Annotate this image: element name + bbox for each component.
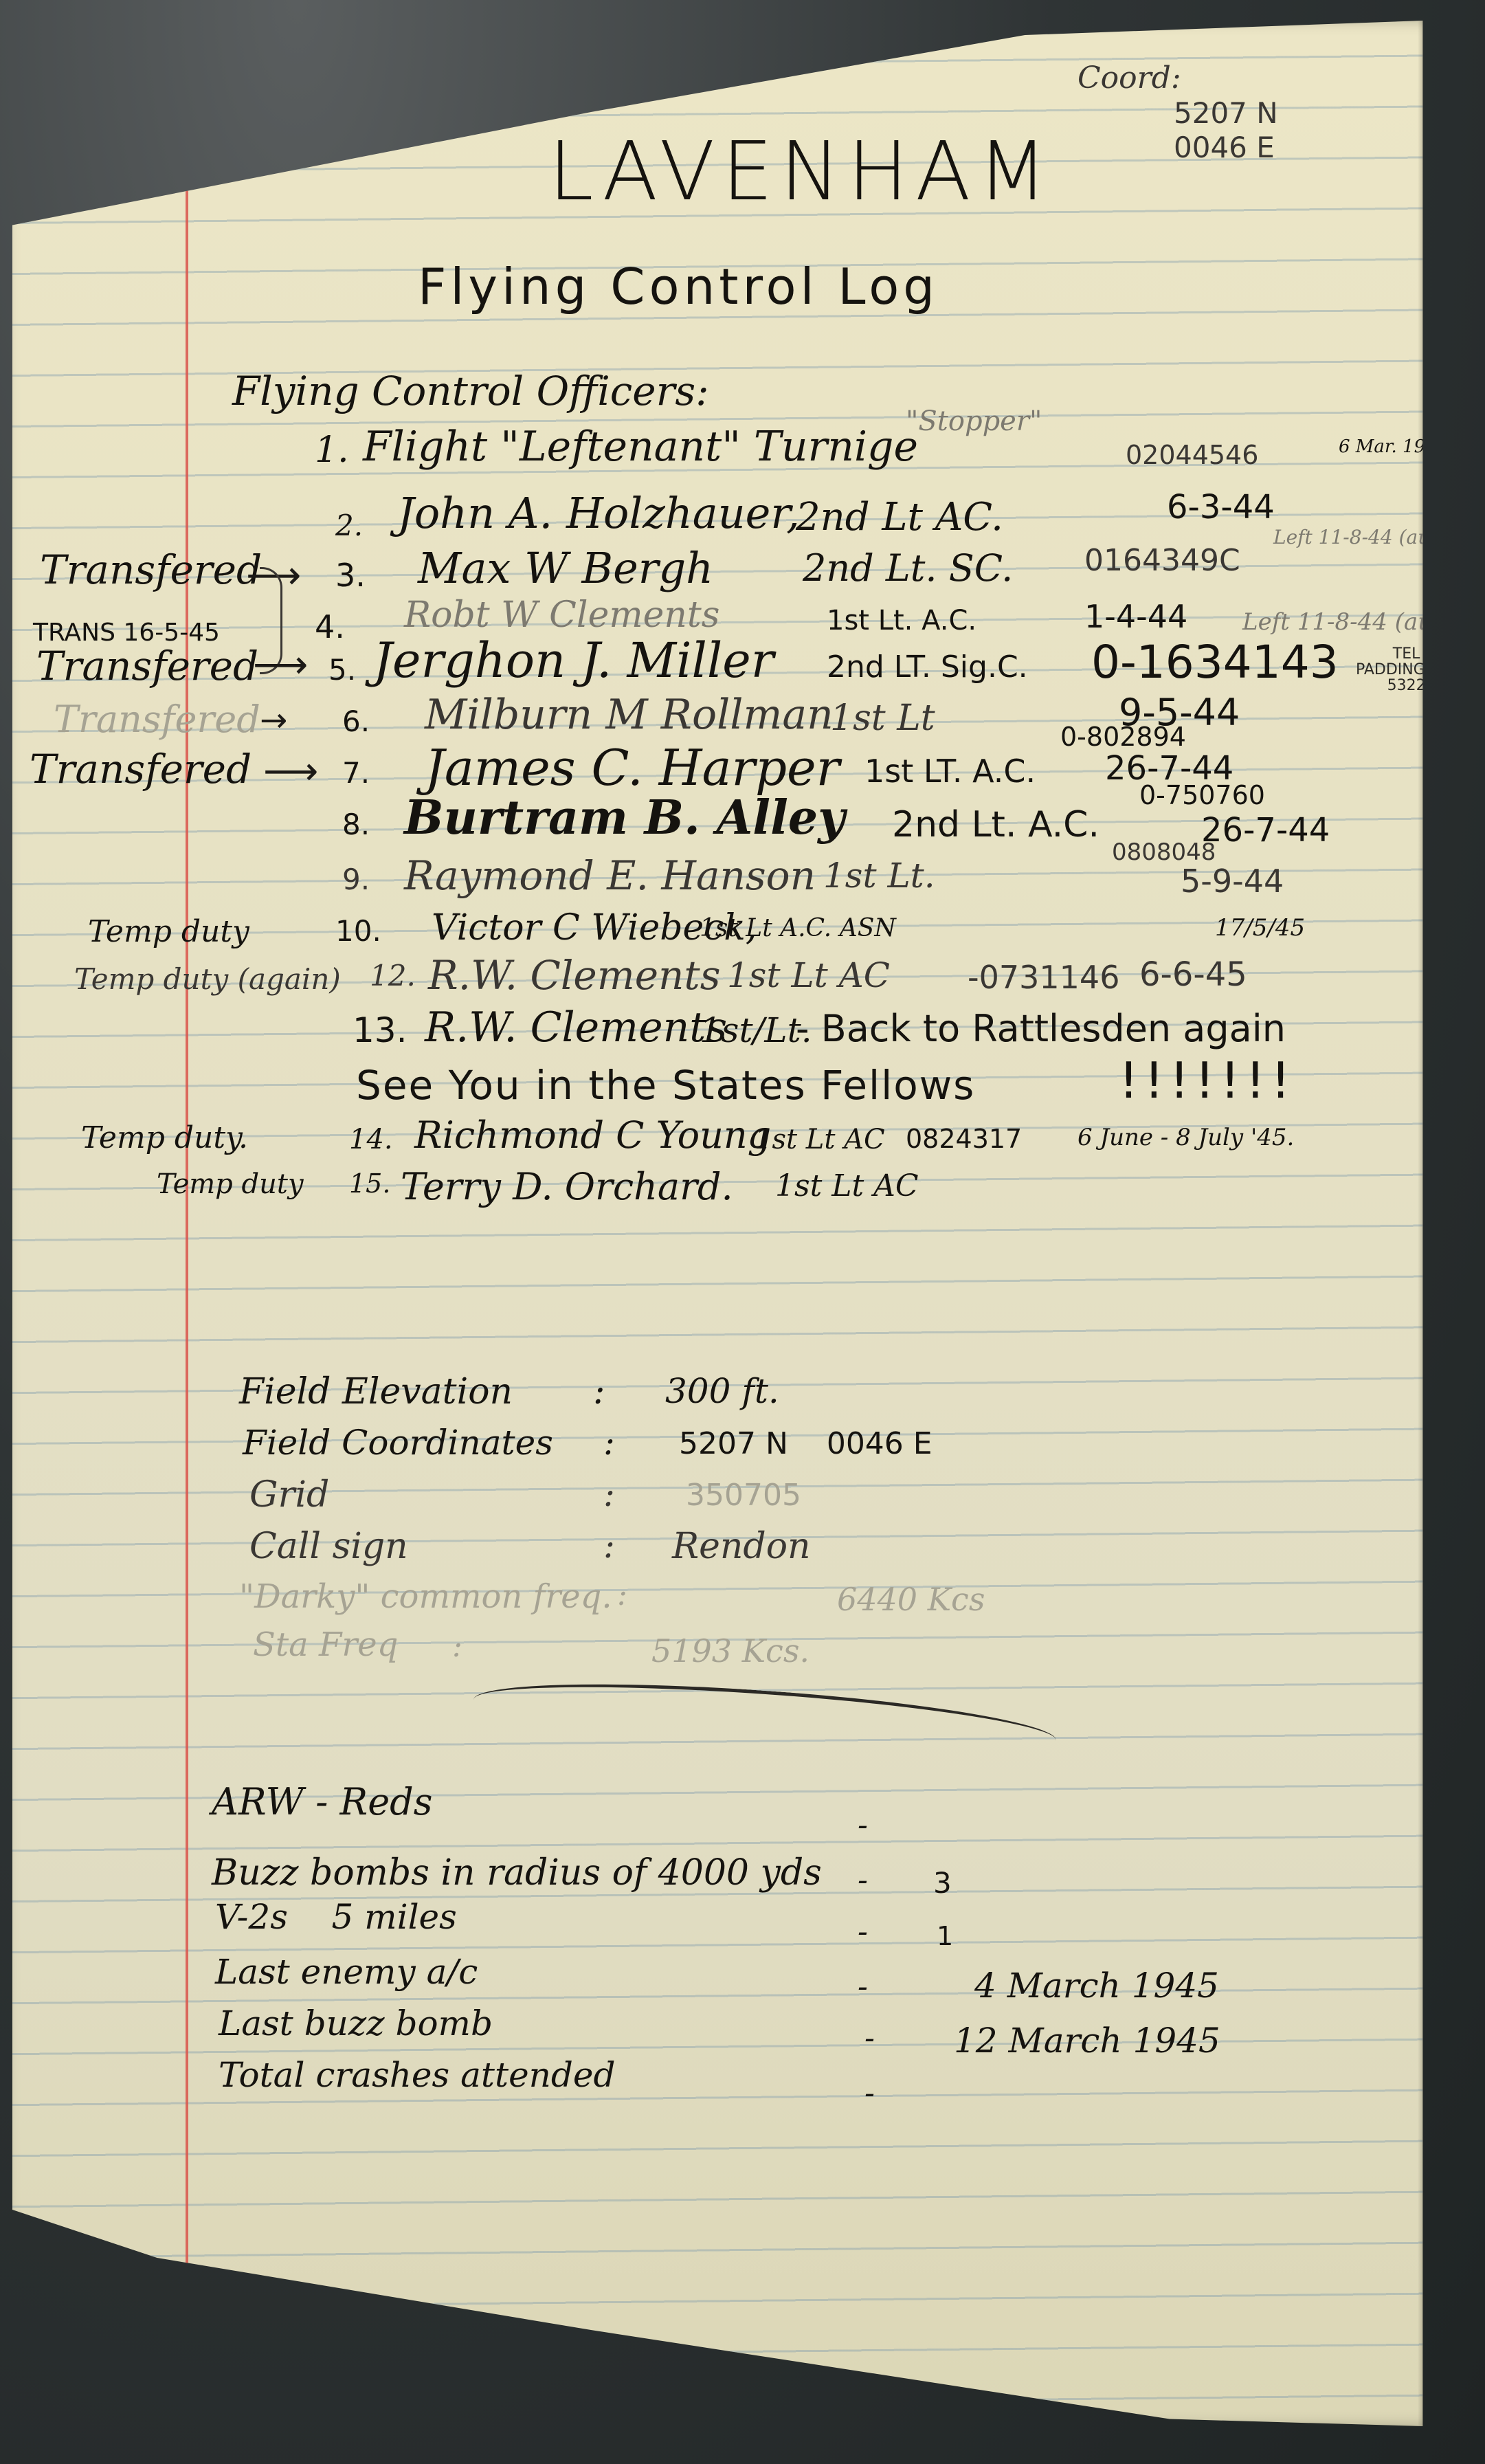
page-title: LAVENHAM <box>548 124 1054 219</box>
officer-serial: 0824317 <box>906 1124 1022 1154</box>
officer-note: - Back to Rattlesden again <box>796 1007 1286 1050</box>
tel-number: 5322 <box>1356 678 1457 693</box>
officer-name: Max W Bergh <box>418 543 713 593</box>
arw-dash: - <box>858 1808 868 1843</box>
officer-date: 6 Mar. 1944 <box>1339 436 1448 457</box>
field-label: "Darky" common freq. <box>239 1577 612 1616</box>
field-sep: : <box>617 1577 627 1612</box>
officer-left-note: Left 11-8-44 (aug.) <box>1273 526 1456 548</box>
field-value: Rendon <box>672 1526 811 1567</box>
page-subtitle: Flying Control Log <box>418 258 939 315</box>
arrow-right-icon: ⟶ <box>253 643 308 687</box>
officer-date: 5-9-44 <box>1181 863 1284 900</box>
officer-rank: 1st Lt <box>830 698 935 739</box>
officer-rank: 2nd Lt. SC. <box>803 546 1013 590</box>
margin-note: Temp duty <box>157 1168 304 1200</box>
field-label: Field Coordinates <box>243 1423 553 1463</box>
officer-name: James C. Harper <box>425 739 840 797</box>
officer-rank: 2nd LT. Sig.C. <box>827 650 1028 685</box>
field-value: 6440 Kcs <box>837 1581 985 1618</box>
margin-note: Transfered <box>54 698 260 741</box>
red-margin-rule <box>186 21 188 2426</box>
officer-serial: -0731146 <box>968 959 1119 996</box>
officer-date: 17/5/45 <box>1215 914 1305 942</box>
officer-number: 5. <box>328 653 356 687</box>
arw-value: 4 March 1945 <box>974 1966 1219 2006</box>
officer-name: Burtram B. Alley <box>404 790 845 845</box>
field-label: Sta Freq <box>253 1625 398 1664</box>
officer-rank: 1st Lt AC <box>755 1124 885 1155</box>
field-sep: : <box>593 1371 605 1412</box>
officer-name: Jerghon J. Miller <box>373 632 774 689</box>
farewell-text: See You in the States Fellows <box>356 1062 975 1109</box>
officer-date: 6 June - 8 July '45. <box>1078 1124 1294 1151</box>
arw-label: Last enemy a/c <box>215 1952 478 1992</box>
arw-value: 3 <box>933 1866 952 1900</box>
field-label: Grid <box>249 1474 329 1516</box>
officer-number: 7. <box>342 756 370 790</box>
arw-value: 1 <box>937 1921 953 1951</box>
officer-serial: 0808048 <box>1112 839 1216 866</box>
arrow-right-icon: ⟶ <box>263 749 318 794</box>
field-sep: : <box>603 1423 615 1463</box>
tel-label: TEL <box>1356 646 1457 662</box>
officer-number: 13. <box>353 1010 407 1050</box>
officer-name: Terry D. Orchard. <box>401 1165 733 1208</box>
officer-number: 12. <box>370 959 416 992</box>
officer-number: 9. <box>342 863 370 896</box>
officer-left-note: Left 11-8-44 (aug.) <box>1242 608 1464 636</box>
ledger-page: Coord: 5207 N 0046 E LAVENHAM Flying Con… <box>12 21 1459 2426</box>
field-sep: : <box>452 1629 462 1664</box>
arw-dash: - <box>864 2076 875 2111</box>
margin-note: Temp duty (again) <box>74 962 341 996</box>
arrow-right-icon: → <box>260 701 287 740</box>
margin-note: Temp duty <box>88 914 249 949</box>
officer-number: 4. <box>315 608 345 645</box>
officer-name: R.W. Clements <box>428 952 720 999</box>
officer-rank: 1st LT. A.C. <box>864 753 1036 790</box>
exclamation-marks: !!!!!!! <box>1119 1052 1296 1109</box>
officer-number: 15. <box>349 1168 390 1199</box>
officer-nickname: "Stopper" <box>906 406 1042 437</box>
tel-exchange: PADDINGTON <box>1356 662 1457 678</box>
arw-heading: ARW - Reds <box>212 1780 432 1823</box>
officer-name: Robt W Clements <box>404 595 720 636</box>
field-value: 350705 <box>686 1478 801 1513</box>
officer-name: Milburn M Rollman <box>425 691 834 739</box>
margin-note: Transfered <box>30 746 252 792</box>
officer-number: 8. <box>342 808 370 841</box>
coord-latitude: 5207 N <box>1174 96 1278 130</box>
officer-date: 6-3-44 <box>1167 488 1275 526</box>
officer-serial: 0-750760 <box>1139 780 1265 810</box>
officer-number: 3. <box>335 557 366 594</box>
officer-date: 6-6-45 <box>1139 955 1247 994</box>
officer-name: John A. Holzhauer, <box>397 488 800 538</box>
officer-rank: 2nd Lt. A.C. <box>892 804 1099 845</box>
arw-dash: - <box>858 1969 868 2004</box>
arw-dash: - <box>858 1863 868 1898</box>
officer-rank: 1st Lt. <box>823 856 935 896</box>
officer-rank: 1st Lt A.C. ASN <box>700 914 896 942</box>
field-label: Field Elevation <box>239 1371 513 1412</box>
officer-number: 10. <box>335 914 381 948</box>
telephone-note: TEL PADDINGTON 5322 <box>1356 646 1457 693</box>
margin-note: Temp duty. <box>81 1120 248 1155</box>
officer-serial: 0-802894 <box>1060 722 1186 752</box>
officer-serial: 0-1634143 <box>1091 636 1339 689</box>
field-sep: : <box>603 1474 615 1514</box>
field-sep: : <box>603 1526 615 1566</box>
officer-rank: 2nd Lt AC. <box>796 495 1003 540</box>
officer-rank: 1st Lt AC <box>727 955 890 995</box>
coord-longitude: 0046 E <box>1174 131 1275 164</box>
field-label: Call sign <box>249 1526 408 1567</box>
officer-serial: 02044546 <box>1126 440 1258 470</box>
arw-value: 12 March 1945 <box>954 2021 1220 2061</box>
officer-number: 1. <box>315 430 349 471</box>
margin-note: Transfered <box>40 546 262 593</box>
officer-name: R.W. Clements <box>425 1003 727 1052</box>
officer-serial: 0164349C <box>1084 543 1240 578</box>
officer-number: 14. <box>349 1124 393 1155</box>
officer-number: 6. <box>342 704 370 738</box>
officers-heading: Flying Control Officers: <box>232 368 709 414</box>
arw-dash: - <box>864 2021 875 2056</box>
arw-label: V-2s 5 miles <box>215 1897 457 1937</box>
arw-dash: - <box>858 1914 868 1949</box>
officer-name: Raymond E. Hanson <box>404 852 816 899</box>
book-spine-shadow <box>1418 21 1459 2426</box>
officer-name: Flight "Leftenant" Turnige <box>363 423 918 471</box>
field-value: 5207 N 0046 E <box>679 1426 933 1461</box>
arw-label: Last buzz bomb <box>219 2004 493 2043</box>
officer-rank: 1st Lt. A.C. <box>827 605 976 636</box>
officer-number: 2. <box>335 509 363 542</box>
arw-label: Buzz bombs in radius of 4000 yds <box>212 1852 822 1894</box>
officer-date: 26-7-44 <box>1201 811 1330 850</box>
arw-label: Total crashes attended <box>219 2055 615 2095</box>
coord-label: Coord: <box>1078 60 1181 96</box>
margin-note: Transfered <box>36 643 258 689</box>
officer-date: 1-4-44 <box>1084 598 1187 635</box>
field-value: 300 ft. <box>665 1371 779 1411</box>
field-value: 5193 Kcs. <box>651 1632 810 1669</box>
officer-name: Richmond C Young <box>414 1113 771 1157</box>
officer-rank: 1st Lt AC <box>775 1168 919 1203</box>
